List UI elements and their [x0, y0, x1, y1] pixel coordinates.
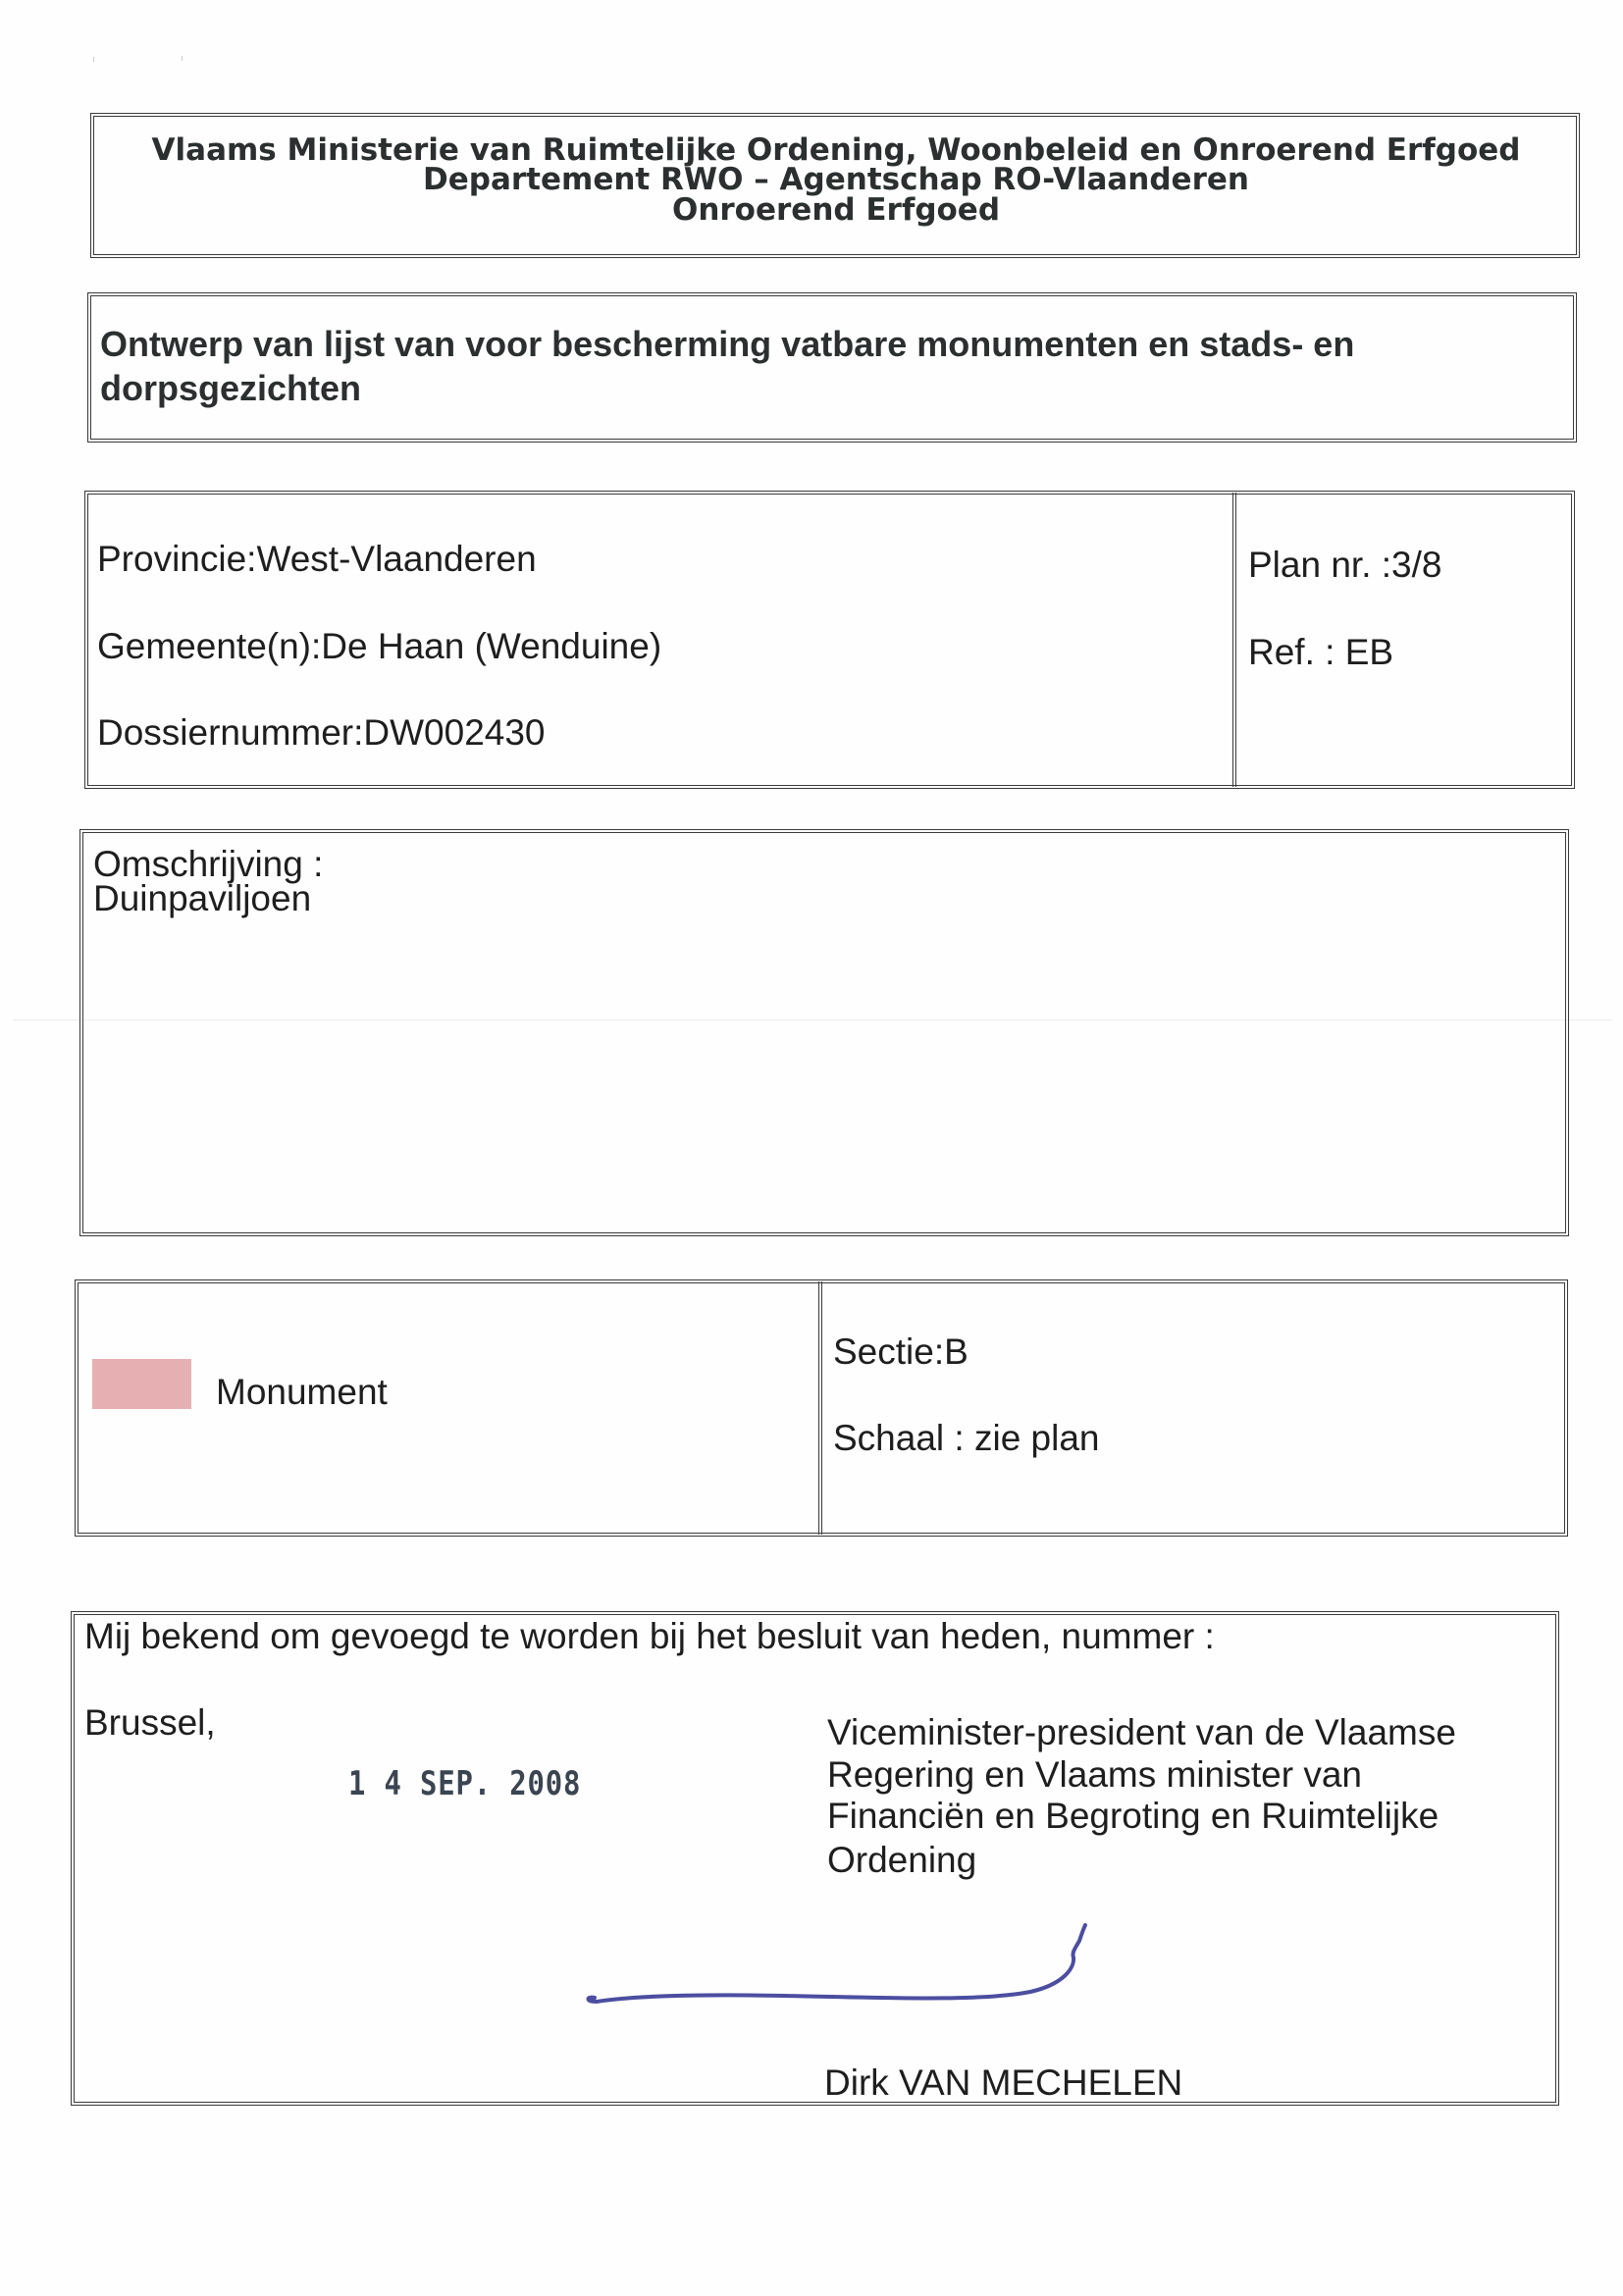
schaal-field: Schaal : zie plan: [833, 1420, 1100, 1456]
document-title-line1: Ontwerp van lijst van voor bescherming v…: [100, 327, 1354, 362]
gemeente-field: Gemeente(n):De Haan (Wenduine): [97, 628, 661, 664]
signatory-title-line3: Financiën en Begroting en Ruimtelijke: [827, 1798, 1439, 1834]
approval-box: [71, 1611, 1559, 2106]
plan-number-field: Plan nr. :3/8: [1248, 547, 1441, 583]
signatory-name: Dirk VAN MECHELEN: [824, 2064, 1182, 2101]
signatory-title-line1: Viceminister-president van de Vlaamse: [827, 1714, 1456, 1750]
provincie-field: Provincie:West-Vlaanderen: [97, 541, 537, 577]
reference-field: Ref. : EB: [1248, 634, 1393, 670]
scan-speck: [93, 57, 94, 62]
legend-label: Monument: [216, 1374, 388, 1410]
signatory-title-line4: Ordening: [827, 1842, 976, 1878]
sectie-field: Sectie:B: [833, 1333, 969, 1370]
description-label: Omschrijving :: [93, 846, 323, 882]
approval-statement: Mij bekend om gevoegd te worden bij het …: [84, 1618, 1215, 1654]
document-page: Vlaams Ministerie van Ruimtelijke Ordeni…: [0, 0, 1623, 2296]
dossiernummer-field: Dossiernummer:DW002430: [97, 714, 546, 751]
agency-name: Onroerend Erfgoed: [90, 195, 1582, 226]
signatory-title-line2: Regering en Vlaams minister van: [827, 1756, 1362, 1793]
department-name: Departement RWO – Agentschap RO-Vlaander…: [90, 165, 1582, 195]
document-title-line2: dorpsgezichten: [100, 371, 361, 406]
date-stamp: 1 4 SEP. 2008: [348, 1767, 581, 1800]
description-value: Duinpaviljoen: [93, 880, 311, 916]
approval-place: Brussel,: [84, 1704, 216, 1741]
location-info-divider: [1232, 493, 1236, 787]
legend-divider: [818, 1281, 822, 1535]
monument-color-swatch: [92, 1359, 191, 1409]
scan-speck: [182, 56, 183, 61]
